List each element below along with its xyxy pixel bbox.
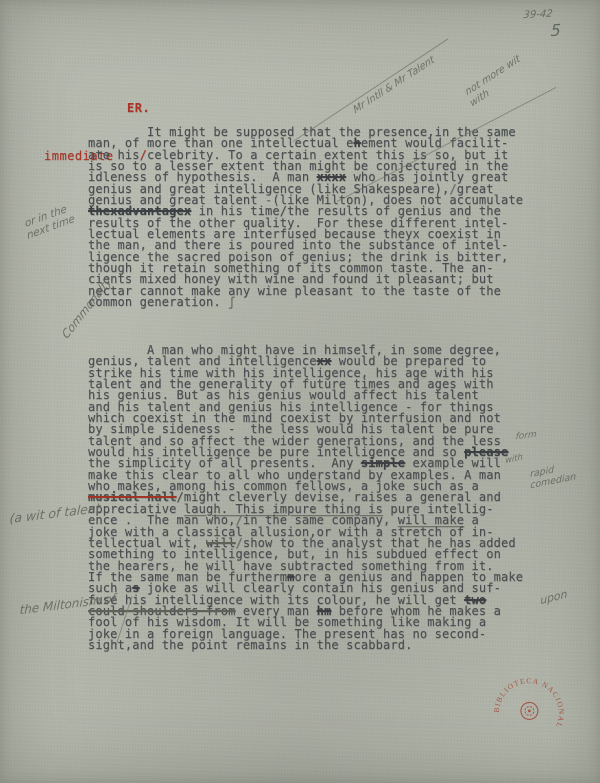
pencil-note: or in the next time (24, 201, 76, 242)
typed-text: sight,and the point remains in the scabb… (88, 638, 412, 652)
typed-line: common generation. ʃ (88, 297, 523, 308)
library-stamp: BIBLIOTECA NACIONAL (477, 655, 584, 762)
pencil-note: form (515, 430, 537, 443)
typed-line: sight,and the point remains in the scabb… (88, 640, 523, 651)
svg-text:BIBLIOTECA NACIONAL: BIBLIOTECA NACIONAL (491, 669, 573, 730)
pencil-note: rapid comedian (530, 457, 599, 493)
typed-correction: ʃ (221, 295, 236, 309)
pencil-note: not more wit with (464, 53, 527, 109)
stamp-emblem-dot (528, 709, 531, 712)
archive-number: 39-42 (523, 8, 553, 21)
stamp-arc-text: BIBLIOTECA NACIONAL (491, 669, 573, 730)
paragraph-2: A man who might have in himself, in some… (88, 345, 523, 651)
typed-text: common generation. (88, 295, 221, 309)
red-heading: ER. (127, 101, 150, 115)
page-number: 5 (550, 21, 561, 40)
paragraph-1: It might be supposed that the presence,i… (88, 127, 523, 309)
manuscript-page: 39-42 5 ER. immediate It might be suppos… (0, 0, 600, 783)
pencil-note: upon (540, 588, 568, 607)
pencil-note: Mr Intll & Mr Talent (352, 54, 436, 117)
